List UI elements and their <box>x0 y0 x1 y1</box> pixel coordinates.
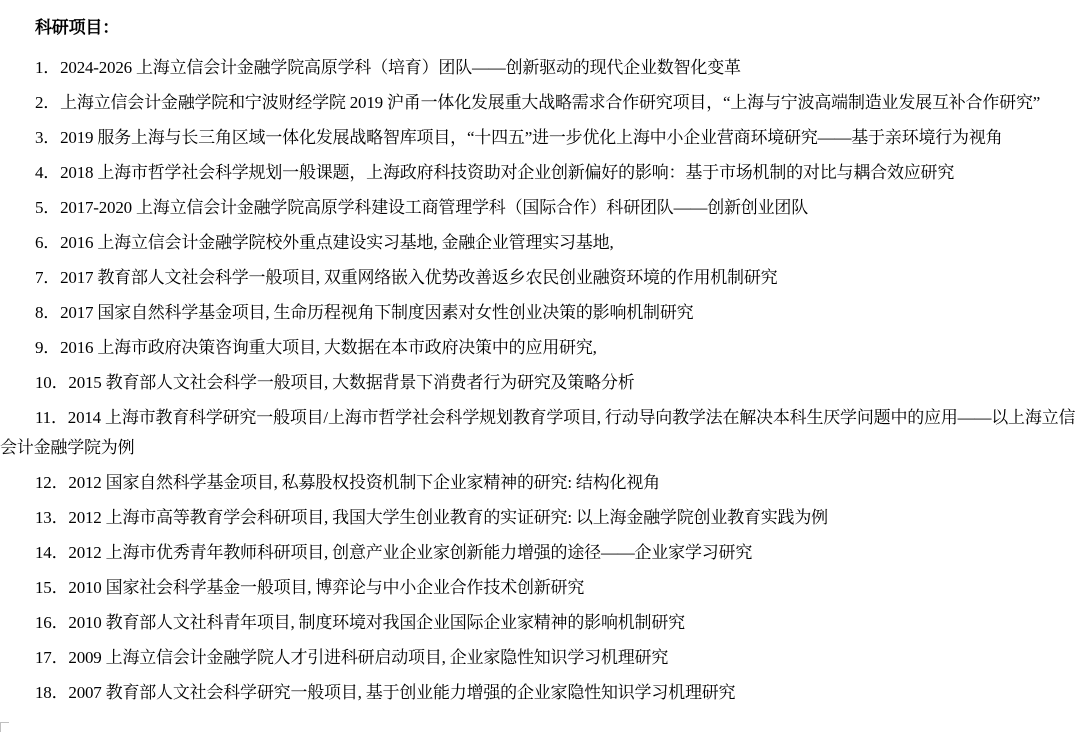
project-item: 10．2015 教育部人文社会科学一般项目, 大数据背景下消费者行为研究及策略分… <box>0 368 1077 398</box>
document-page: 科研项目： 1．2024-2026 上海立信会计金融学院高原学科（培育）团队——… <box>0 0 1077 732</box>
project-item: 5．2017-2020 上海立信会计金融学院高原学科建设工商管理学科（国际合作）… <box>0 193 1077 223</box>
section-heading: 科研项目： <box>0 13 1077 43</box>
project-item: 15．2010 国家社会科学基金一般项目, 博弈论与中小企业合作技术创新研究 <box>0 573 1077 603</box>
project-item: 16．2010 教育部人文社科青年项目, 制度环境对我国企业国际企业家精神的影响… <box>0 608 1077 638</box>
project-item: 7．2017 教育部人文社会科学一般项目, 双重网络嵌入优势改善返乡农民创业融资… <box>0 263 1077 293</box>
project-item: 14．2012 上海市优秀青年教师科研项目, 创意产业企业家创新能力增强的途径—… <box>0 538 1077 568</box>
project-item: 4．2018 上海市哲学社会科学规划一般课题，上海政府科技资助对企业创新偏好的影… <box>0 158 1077 188</box>
project-list: 1．2024-2026 上海立信会计金融学院高原学科（培育）团队——创新驱动的现… <box>0 53 1077 708</box>
project-item: 18．2007 教育部人文社会科学研究一般项目, 基于创业能力增强的企业家隐性知… <box>0 678 1077 708</box>
project-item: 11．2014 上海市教育科学研究一般项目/上海市哲学社会科学规划教育学项目, … <box>0 403 1077 463</box>
project-item: 13．2012 上海市高等教育学会科研项目, 我国大学生创业教育的实证研究: 以… <box>0 503 1077 533</box>
project-item: 6．2016 上海立信会计金融学院校外重点建设实习基地, 金融企业管理实习基地, <box>0 228 1077 258</box>
project-item: 3．2019 服务上海与长三角区域一体化发展战略智库项目，“十四五”进一步优化上… <box>0 123 1077 153</box>
project-item: 2．上海立信会计金融学院和宁波财经学院 2019 沪甬一体化发展重大战略需求合作… <box>0 88 1077 118</box>
project-item: 1．2024-2026 上海立信会计金融学院高原学科（培育）团队——创新驱动的现… <box>0 53 1077 83</box>
project-item: 8．2017 国家自然科学基金项目, 生命历程视角下制度因素对女性创业决策的影响… <box>0 298 1077 328</box>
project-item: 12．2012 国家自然科学基金项目, 私募股权投资机制下企业家精神的研究: 结… <box>0 468 1077 498</box>
project-item: 17．2009 上海立信会计金融学院人才引进科研启动项目, 企业家隐性知识学习机… <box>0 643 1077 673</box>
page-boundary-corner-mark <box>0 722 9 732</box>
project-item: 9．2016 上海市政府决策咨询重大项目, 大数据在本市政府决策中的应用研究, <box>0 333 1077 363</box>
